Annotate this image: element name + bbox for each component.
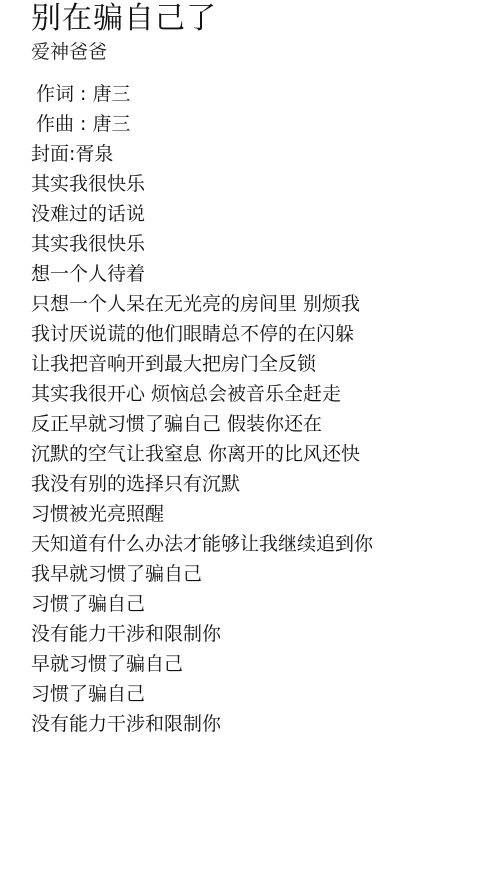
lyric-line: 习惯了骗自己 [31,679,500,709]
artist-name: 爱神爸爸 [31,39,500,65]
lyric-line: 我讨厌说谎的他们眼睛总不停的在闪躲 [31,319,500,349]
lyrics-body: 作词 : 唐三 作曲 : 唐三 封面:胥泉 其实我很快乐 没难过的话说 其实我很… [31,79,500,739]
song-title: 别在骗自己了 [31,0,500,37]
lyric-line: 其实我很快乐 [31,169,500,199]
lyric-line: 其实我很快乐 [31,229,500,259]
lyrics-page: 别在骗自己了 爱神爸爸 作词 : 唐三 作曲 : 唐三 封面:胥泉 其实我很快乐… [31,0,500,739]
lyric-line: 没有能力干涉和限制你 [31,619,500,649]
lyricist-credit: 作词 : 唐三 [31,79,500,109]
lyric-line: 天知道有什么办法才能够让我继续追到你 [31,529,500,559]
lyric-line: 其实我很开心 烦恼总会被音乐全赶走 [31,379,500,409]
lyric-line: 沉默的空气让我窒息 你离开的比风还快 [31,439,500,469]
lyric-line: 只想一个人呆在无光亮的房间里 别烦我 [31,289,500,319]
lyric-line: 反正早就习惯了骗自己 假装你还在 [31,409,500,439]
lyric-line: 早就习惯了骗自己 [31,649,500,679]
cover-credit: 封面:胥泉 [31,139,500,169]
lyric-line: 没难过的话说 [31,199,500,229]
lyric-line: 我早就习惯了骗自己 [31,559,500,589]
lyric-line: 习惯了骗自己 [31,589,500,619]
lyric-line: 让我把音响开到最大把房门全反锁 [31,349,500,379]
composer-credit: 作曲 : 唐三 [31,109,500,139]
lyric-line: 想一个人待着 [31,259,500,289]
lyric-line: 习惯被光亮照醒 [31,499,500,529]
lyric-line: 我没有别的选择只有沉默 [31,469,500,499]
lyric-line: 没有能力干涉和限制你 [31,709,500,739]
